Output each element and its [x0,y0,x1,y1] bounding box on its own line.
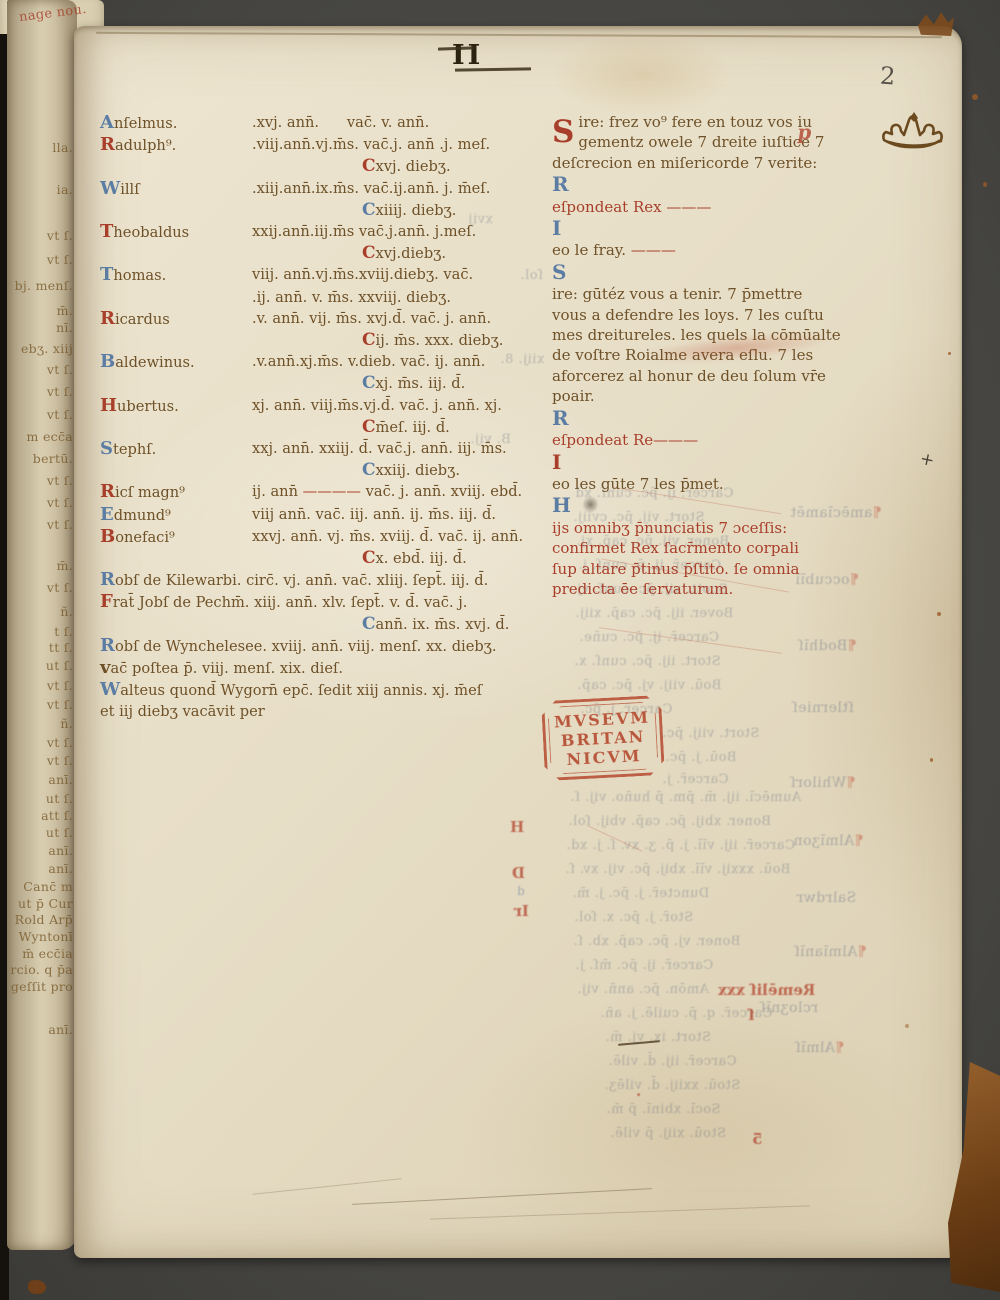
oath-paragraph: Ieo les gūte 7 les p̄met. [552,452,924,495]
entry-text: obſ de Wynchelesee. xviij. ann̄. viij. m… [115,638,497,655]
facing-page-text-fragment: vt ſ. [47,384,73,399]
facing-page-text-fragment: vt ſ. [47,580,73,595]
entry-name: Ricſ magn⁹ [100,481,252,503]
ghost-red-mark: Ir [514,902,529,920]
registry-entry: Edmund⁹viij ann̄. vac̄. iij. ann̄. ij. m… [100,504,558,526]
facing-page-text-fragment: m̄. [57,303,73,318]
oath-line: vous a defendre les loys. 7 les cuſtu [552,305,924,325]
leather-binding-tuft [918,10,954,36]
crown-doodle [880,110,948,158]
ghost-paraph: ¶ [835,1040,844,1056]
subline-paraph-initial: C [362,330,376,350]
facing-page-text-fragment: nage nou. [18,2,87,25]
registry-subline: Cij. m̄s. xxx. diebʒ. [100,330,558,351]
entry-initial: A [100,112,114,133]
oath-initial: S [552,260,566,284]
facing-page-text-fragment: ñ. [60,716,73,731]
ghost-margin-word: ¶Almīſ [795,1040,844,1056]
rust-spot [972,94,978,100]
entry-text: et iij diebʒ vacāvit per [100,703,265,720]
ghost-word-text: Almīanīſ [794,944,857,960]
registry-subline: Cxiiij. diebʒ. [100,200,558,221]
entry-duration-values: .viij.ann̄.vj.m̄s. vac̄.j. ann̄ .j. meſ. [252,134,558,156]
registry-entry-fullwidth: Frat̄ Jobſ de Pechm̄. xiij. ann̄. xlv. ſ… [100,591,558,613]
ghost-text-line: Stoū. xxiij. d̄. vilēʒ. [604,1078,740,1093]
ghost-text-line: Boner. xbij. p̄c. cap̄. vbij. ſol. [568,814,771,829]
rust-spot [930,758,933,762]
facing-page-text-fragment: vt ſ. [47,407,73,422]
oath-paragraph: Reſpondeat Rex ——— [552,174,924,217]
entry-name: Anſelmus. [100,112,252,134]
subline-paraph-initial: C [362,243,376,263]
entry-name-text: dmund⁹ [114,507,171,524]
oath-paragraph: Sire: gūtéz vous a tenir. 7 p̄mettrevous… [552,262,924,407]
entry-name-text: heobaldus [113,224,189,241]
entry-name: Bonefaci⁹ [100,526,252,548]
facing-page-text-fragment: ia. [57,182,73,197]
ghost-word-text: Almīſ [795,1040,835,1056]
leather-speck [28,1280,46,1294]
entry-initial: W [100,679,120,700]
ghost-text-line: Boū. viij. vj. p̄c. cap̄. [577,678,721,693]
entry-initial: B [100,526,115,547]
rust-spot [983,182,987,187]
entry-initial: R [100,134,115,155]
ghost-text-line: Boner. vj. p̄c. cap̄. xb. ſ. [573,934,740,949]
oath-line: predicta ēe ſervaturum. [552,579,924,599]
entry-duration-values: .v.ann̄.xj.m̄s. v.dieb. vac̄. ij. ann̄. [252,351,558,373]
facing-page-text-fragment: ut p̄ Cur [18,896,73,911]
subline-paraph-initial: C [362,548,376,568]
ghost-margin-word: ſtlernieſ [792,700,854,716]
facing-page-text-fragment: vt ſ. [47,252,73,267]
facing-page-text-fragment: vt ſ. [47,228,73,243]
facing-page-text-fragment: vt ſ. [47,517,73,532]
facing-page-text-fragment: vt ſ. [47,495,73,510]
registry-subline: Cann̄. ix. m̄s. xvj. d̄. [100,614,558,635]
registry-entry: Radulph⁹..viij.ann̄.vj.m̄s. vac̄.j. ann̄… [100,134,558,156]
ghost-paraph: ¶ [857,944,866,960]
oath-initial: H [552,493,571,517]
entry-initial: R [100,481,115,502]
ghost-margin-word: Salrdwr [796,890,856,906]
facing-page-text-fragment: tt ſ. [49,640,73,655]
entry-name-text: icardus [115,311,170,328]
ghost-text-line: Carcer̄. q. p̄. cuilē. j. an̄. [600,1006,773,1021]
entry-duration-values: .xvj. ann̄. vac̄. v. ann̄. [252,112,558,134]
entry-name: Theobaldus [100,221,252,243]
facing-page-text-fragment: ut ſ. [46,825,73,840]
folio-number: 2 [879,62,896,91]
entry-text: rat̄ Jobſ de Pechm̄. xiij. ann̄. xlv. ſe… [113,594,468,611]
ghost-paraph: ¶ [847,638,856,654]
subline-values: xvj. diebʒ. [376,158,451,175]
subline-values: ij. m̄s. xxx. diebʒ. [376,332,504,349]
facing-page-text-fragment: anī. [48,843,73,858]
subline-paraph-initial: C [362,614,376,634]
registry-entry: Willſ.xiij.ann̄.ix.m̄s. vac̄.ij.ann̄. j.… [100,178,558,200]
ghost-red-mark: 5 [752,1130,762,1148]
ghost-text-line: Stort. iij. p̄c. cunſ. x. [574,654,721,669]
facing-page-text-fragment: vt ſ. [47,697,73,712]
oath-line: ire: gūtéz vous a tenir. 7 p̄mettre [552,284,924,304]
subline-values: x. ebd̄. iij. d̄. [376,550,467,567]
oath-line: eo le fray. ——— [552,240,924,260]
ghost-text-line: Duncter̄. j. p̄c. j. m̄. [572,886,709,901]
entry-name: Ricardus [100,308,252,330]
subline-values: xxiij. diebʒ. [376,462,460,479]
oath-line: poair. [552,386,924,406]
entry-duration-values: xxj. ann̄. xxiij. d̄. vac̄.j. ann̄. iij.… [252,438,558,460]
facing-page-text-fragment: ñ. [60,604,73,619]
ghost-text-line: Socī. xbinī. p̄ m̄. [606,1102,720,1117]
ghost-red-mark: D [512,864,525,882]
oath-initial: I [552,216,561,240]
registry-entry-continuation: .ij. ann̄. v. m̄s. xxviij. diebʒ. [100,287,558,308]
oath-initial: I [552,450,561,474]
registry-entry-fullwidth: et iij diebʒ vacāvit per [100,701,558,722]
registry-entry: Baldewinus..v.ann̄.xj.m̄s. v.dieb. vac̄.… [100,351,558,373]
entry-name-text: icſ magn⁹ [115,484,185,501]
subline-paraph-initial: C [362,460,376,480]
entry-text: alteus quond̄ Wygorn̄ epc̄. ſedit xiij a… [120,682,482,699]
entry-initial: W [100,178,120,199]
ghost-paraph: ¶ [854,833,863,849]
subline-values: ann̄. ix. m̄s. xvj. d̄. [376,616,510,633]
subline-values: xvj.diebʒ. [376,245,447,262]
rust-spot [937,612,941,616]
entry-name-text: onefaci⁹ [115,529,175,546]
registry-subline: Cx. ebd̄. iij. d̄. [100,548,558,569]
text-segment: ———— [303,483,361,500]
entry-duration-values: viij. ann̄.vj.m̄s.xviij.diebʒ. vac̄. [252,264,558,286]
subline-paraph-initial: C [362,156,376,176]
facing-page-text-fragment: m̄. [57,558,73,573]
facing-page-text-fragment: vt ſ. [47,362,73,377]
facing-page-text-fragment: vt ſ. [47,473,73,488]
subline-paraph-initial: C [362,417,376,437]
facing-page-text-fragment: vt ſ. [47,678,73,693]
facing-page-text-fragment: bertū. [33,451,73,466]
oath-line: eo les gūte 7 les p̄met. [552,474,924,494]
facing-page-text-fragment: Wyntonī [19,929,73,944]
entry-duration-values: .v. ann̄. vij. m̄s. xvj.d̄. vac̄. j. ann… [252,308,558,330]
quire-mark: II [452,40,483,71]
entry-text: obſ de Kilewarbi. circ̄. vj. ann̄. vac̄.… [115,572,488,589]
registry-entry: Anſelmus..xvj. ann̄. vac̄. v. ann̄. [100,112,558,134]
registry-entry-fullwidth: Robſ de Wynchelesee. xviij. ann̄. viij. … [100,635,558,657]
rust-spot [948,352,951,355]
ghost-text-line: Boū. j. p̄c. [665,750,737,765]
facing-page-text-fragment: anī. [48,772,73,787]
oath-line: ire: frez vo⁹ fere en touz vos iu [552,112,924,132]
entry-name: Thomas. [100,264,252,286]
ghost-red-mark: Remēliſ xxx [718,981,815,999]
ghost-text-line: Aumēcī. iij. m̄. p̄m. p̄ hun̄o. vij. ſ. [570,790,801,805]
entry-name: Willſ [100,178,252,200]
registry-entry-fullwidth: Walteus quond̄ Wygorn̄ epc̄. ſedit xiij … [100,679,558,701]
entry-name: Hubertus. [100,395,252,417]
facing-page-text-fragment: geſſit pro [11,979,73,994]
registry-entry: Thomas.viij. ann̄.vj.m̄s.xviij.diebʒ. va… [100,264,558,286]
entry-duration-values: xxvj. ann̄. vj. m̄s. xviij. d̄. vac̄. ij… [252,526,558,548]
entry-name-text: aldewinus. [115,354,194,371]
facing-page-text-fragment: m ecc̄a [27,429,73,444]
oath-paragraph: Hijs omnibʒ p̄nunciatis 7 ɔceſſis:confir… [552,495,924,599]
stamp-text: NICVM [566,746,642,769]
ghost-text-line: Carcer̄. ij. p̄c. cun̄e. [579,630,719,645]
oath-line: deſcrecion en miſericorde 7 verite: [552,153,924,173]
ghost-text-line: Stort. viij. p̄c. [662,726,759,741]
subline-values: xj. m̄s. iij. d̄. [376,375,466,392]
entry-name: Edmund⁹ [100,504,252,526]
ghost-margin-word: ¶Bodhīſ [798,638,857,654]
registry-entry: Ricardus.v. ann̄. vij. m̄s. xvj.d̄. vac̄… [100,308,558,330]
ghost-text-line: Stor̄. j. p̄c. x. ſol. [574,910,693,925]
registry-entry-fullwidth: vac̄ poſtea p̄. viij. menſ. xix. dieſ. [100,657,558,679]
entry-duration-values: xj. ann̄. viij.m̄s.vj.d̄. vac̄. j. ann̄.… [252,395,558,417]
oath-paragraph: Reſpondeat Re——— [552,408,924,451]
oath-line: ſup altare p̄tinus p̄ſtito. ſe omnia [552,559,924,579]
ghost-word-text: ſtlernieſ [792,700,854,716]
subline-paraph-initial: C [362,200,376,220]
ghost-margin-word: ¶Whilorſ [790,775,856,791]
entry-name-text: nſelmus. [114,115,177,132]
subline-values: xiiij. diebʒ. [376,202,457,219]
facing-page-edge: nage nou.lla.ia.vt ſ.vt ſ.bj. menſ.m̄.nī… [7,0,77,1250]
text-segment: ——— [631,241,676,259]
entry-initial: R [100,569,115,590]
oath-paragraph: Ieo le fray. ——— [552,218,924,261]
ghost-text-line: Boū. xxxij. vīī. xbij. p̄c. vij. xv. ſ. [565,862,791,877]
rust-spot [905,1024,909,1028]
registry-entry: Stephſ.xxj. ann̄. xxiij. d̄. vac̄.j. ann… [100,438,558,460]
registry-entry: Theobaldusxxij.ann̄.iij.m̄s vac̄.j.ann̄.… [100,221,558,243]
ghost-text-line: Stoū. xiij. p̄ vilē. [610,1126,726,1141]
entry-duration-values: viij ann̄. vac̄. iij. ann̄. ij. m̄s. iij… [252,504,558,526]
facing-page-text-fragment: anī. [48,861,73,876]
oath-initial: R [552,406,569,430]
facing-page-text-fragment: bj. menſ. [15,278,73,293]
facing-page-text-fragment: vt ſ. [47,735,73,750]
entry-initial: E [100,504,114,525]
ghost-paraph: ¶ [846,775,855,791]
facing-page-text-fragment: rcio. q p̄a [10,962,73,977]
facing-page-text-fragment: nī. [56,320,73,335]
facing-page-text-fragment: att ſ. [41,808,73,823]
oath-line: confirmet Rex ſacr̄mento corpali [552,538,924,558]
entry-initial: T [100,264,113,285]
registry-entry: Hubertus.xj. ann̄. viij.m̄s.vj.d̄. vac̄.… [100,395,558,417]
ghost-text-line: Carcer̄. iij. d̄. vilē. [608,1054,737,1069]
ghost-word-text: rcloʒnīſ [760,1000,818,1016]
entry-initial: S [100,438,113,459]
oath-line: aforcerez al honur de deu ſolum vr̄e [552,366,924,386]
oath-initial: S [552,114,574,150]
facing-page-text-fragment: vt ſ. [47,753,73,768]
entry-name: Radulph⁹. [100,134,252,156]
entry-initial: H [100,395,117,416]
registry-entry: Bonefaci⁹xxvj. ann̄. vj. m̄s. xviij. d̄.… [100,526,558,548]
entry-name-text: tephſ. [113,441,156,458]
registry-entry: Ricſ magn⁹ij. ann̄ ———— vac̄. j. ann̄. x… [100,481,558,503]
ghost-red-mark: ſ [748,1006,754,1024]
entry-text: ac̄ poſtea p̄. viij. menſ. xix. dieſ. [110,660,343,677]
bishops-registry-list: Anſelmus..xvj. ann̄. vac̄. v. ann̄.Radul… [100,112,558,723]
ghost-word-text: Salrdwr [796,890,856,906]
registry-subline: Cxxiij. diebʒ. [100,460,558,481]
facing-page-text-fragment: ut ſ. [46,658,73,673]
oath-initial: R [552,172,569,196]
entry-initial: T [100,221,113,242]
text-segment: vac̄. j. ann̄. xviij. ebd̄. [361,483,522,500]
text-segment: eo le fray. [552,241,631,259]
ghost-margin-word: ¶Almīʒon [793,833,864,849]
entry-name: Stephſ. [100,438,252,460]
facing-page-text-fragment: anī. [48,1022,73,1037]
ghost-text-line: Carcer̄. ij. p̄c. m̄ſ. j. [575,958,713,973]
oath-line: ijs omnibʒ p̄nunciatis 7 ɔceſſis: [552,518,924,538]
entry-duration-values: xxij.ann̄.iij.m̄s vac̄.j.ann̄. j.meſ. [252,221,558,243]
facing-page-text-fragment: m̄ ecc̄ia [22,946,73,961]
entry-initial: B [100,351,115,372]
ghost-red-mark: H [510,818,524,836]
entry-duration-values: .ij. ann̄. v. m̄s. xxviij. diebʒ. [252,287,558,308]
facing-page-text-fragment: ebʒ. xiij [21,341,73,356]
entry-duration-values: ij. ann̄ ———— vac̄. j. ann̄. xviij. ebd̄… [252,481,558,503]
oath-line: eſpondeat Re——— [552,430,924,450]
registry-entry-fullwidth: Robſ de Kilewarbi. circ̄. vj. ann̄. vac̄… [100,569,558,591]
facing-page-text-fragment: Rold Arp̄ [15,912,73,927]
registry-subline: Cxvj. diebʒ. [100,156,558,177]
ghost-blue-mark: d [517,884,525,898]
ghost-text-line: Carcer̄. j. [662,772,729,787]
facing-page-text-fragment: Canc̄ m [23,879,73,894]
registry-subline: Cxj. m̄s. iij. d̄. [100,373,558,394]
ghost-word-text: Bodhīſ [798,638,847,654]
entry-name-text: ubertus. [117,398,179,415]
ghost-text-line: Carcer̄. iij. vīī. j. p̄. ʒ. xv. ſ. j. x… [566,838,795,853]
oath-line: gementz owele 7 dreite iuſtice 7 [552,132,924,152]
entry-initial: F [100,591,113,612]
text-segment: ij. ann̄ [252,483,303,500]
entry-initial: v [100,657,110,678]
facing-page-text-fragment: lla. [52,140,73,155]
ghost-word-text: Whilorſ [790,775,846,791]
entry-name-text: illſ [120,181,139,198]
museum-britannicum-stamp: MVSEVM BRITAN NICVM [541,695,665,781]
ghost-red-mark: · [636,1086,641,1104]
ghost-word-text: Almīʒon [793,833,854,849]
entry-duration-values: .xiij.ann̄.ix.m̄s. vac̄.ij.ann̄. j. m̄eſ… [252,178,558,200]
entry-initial: R [100,308,115,329]
registry-subline: Cm̄eſ. iij. d̄. [100,417,558,438]
oath-paragraph: Sire: frez vo⁹ fere en touz vos iugement… [552,112,924,173]
facing-page-text-fragment: t ſ. [54,624,73,639]
facing-page-text-fragment: ut ſ. [46,791,73,806]
ghost-text-line: Amōn. p̄c. ann̄. vij. [577,982,709,997]
entry-name-empty [100,287,252,308]
entry-name: Baldewinus. [100,351,252,373]
ghost-margin-word: ¶Almīanīſ [794,944,867,960]
ghost-margin-word: rcloʒnīſ [760,1000,818,1016]
subline-paraph-initial: C [362,373,376,393]
ghost-text-line: Bover. iij. p̄c. cap̄. xiij. [575,606,733,621]
manuscript-photo: nage nou.lla.ia.vt ſ.vt ſ.bj. menſ.m̄.nī… [0,0,1000,1300]
registry-subline: Cxvj.diebʒ. [100,243,558,264]
oath-line: eſpondeat Rex ——— [552,197,924,217]
entry-name-text: homas. [113,267,166,284]
subline-values: m̄eſ. iij. d̄. [376,419,450,436]
entry-name-text: adulph⁹. [115,137,176,154]
entry-initial: R [100,635,115,656]
